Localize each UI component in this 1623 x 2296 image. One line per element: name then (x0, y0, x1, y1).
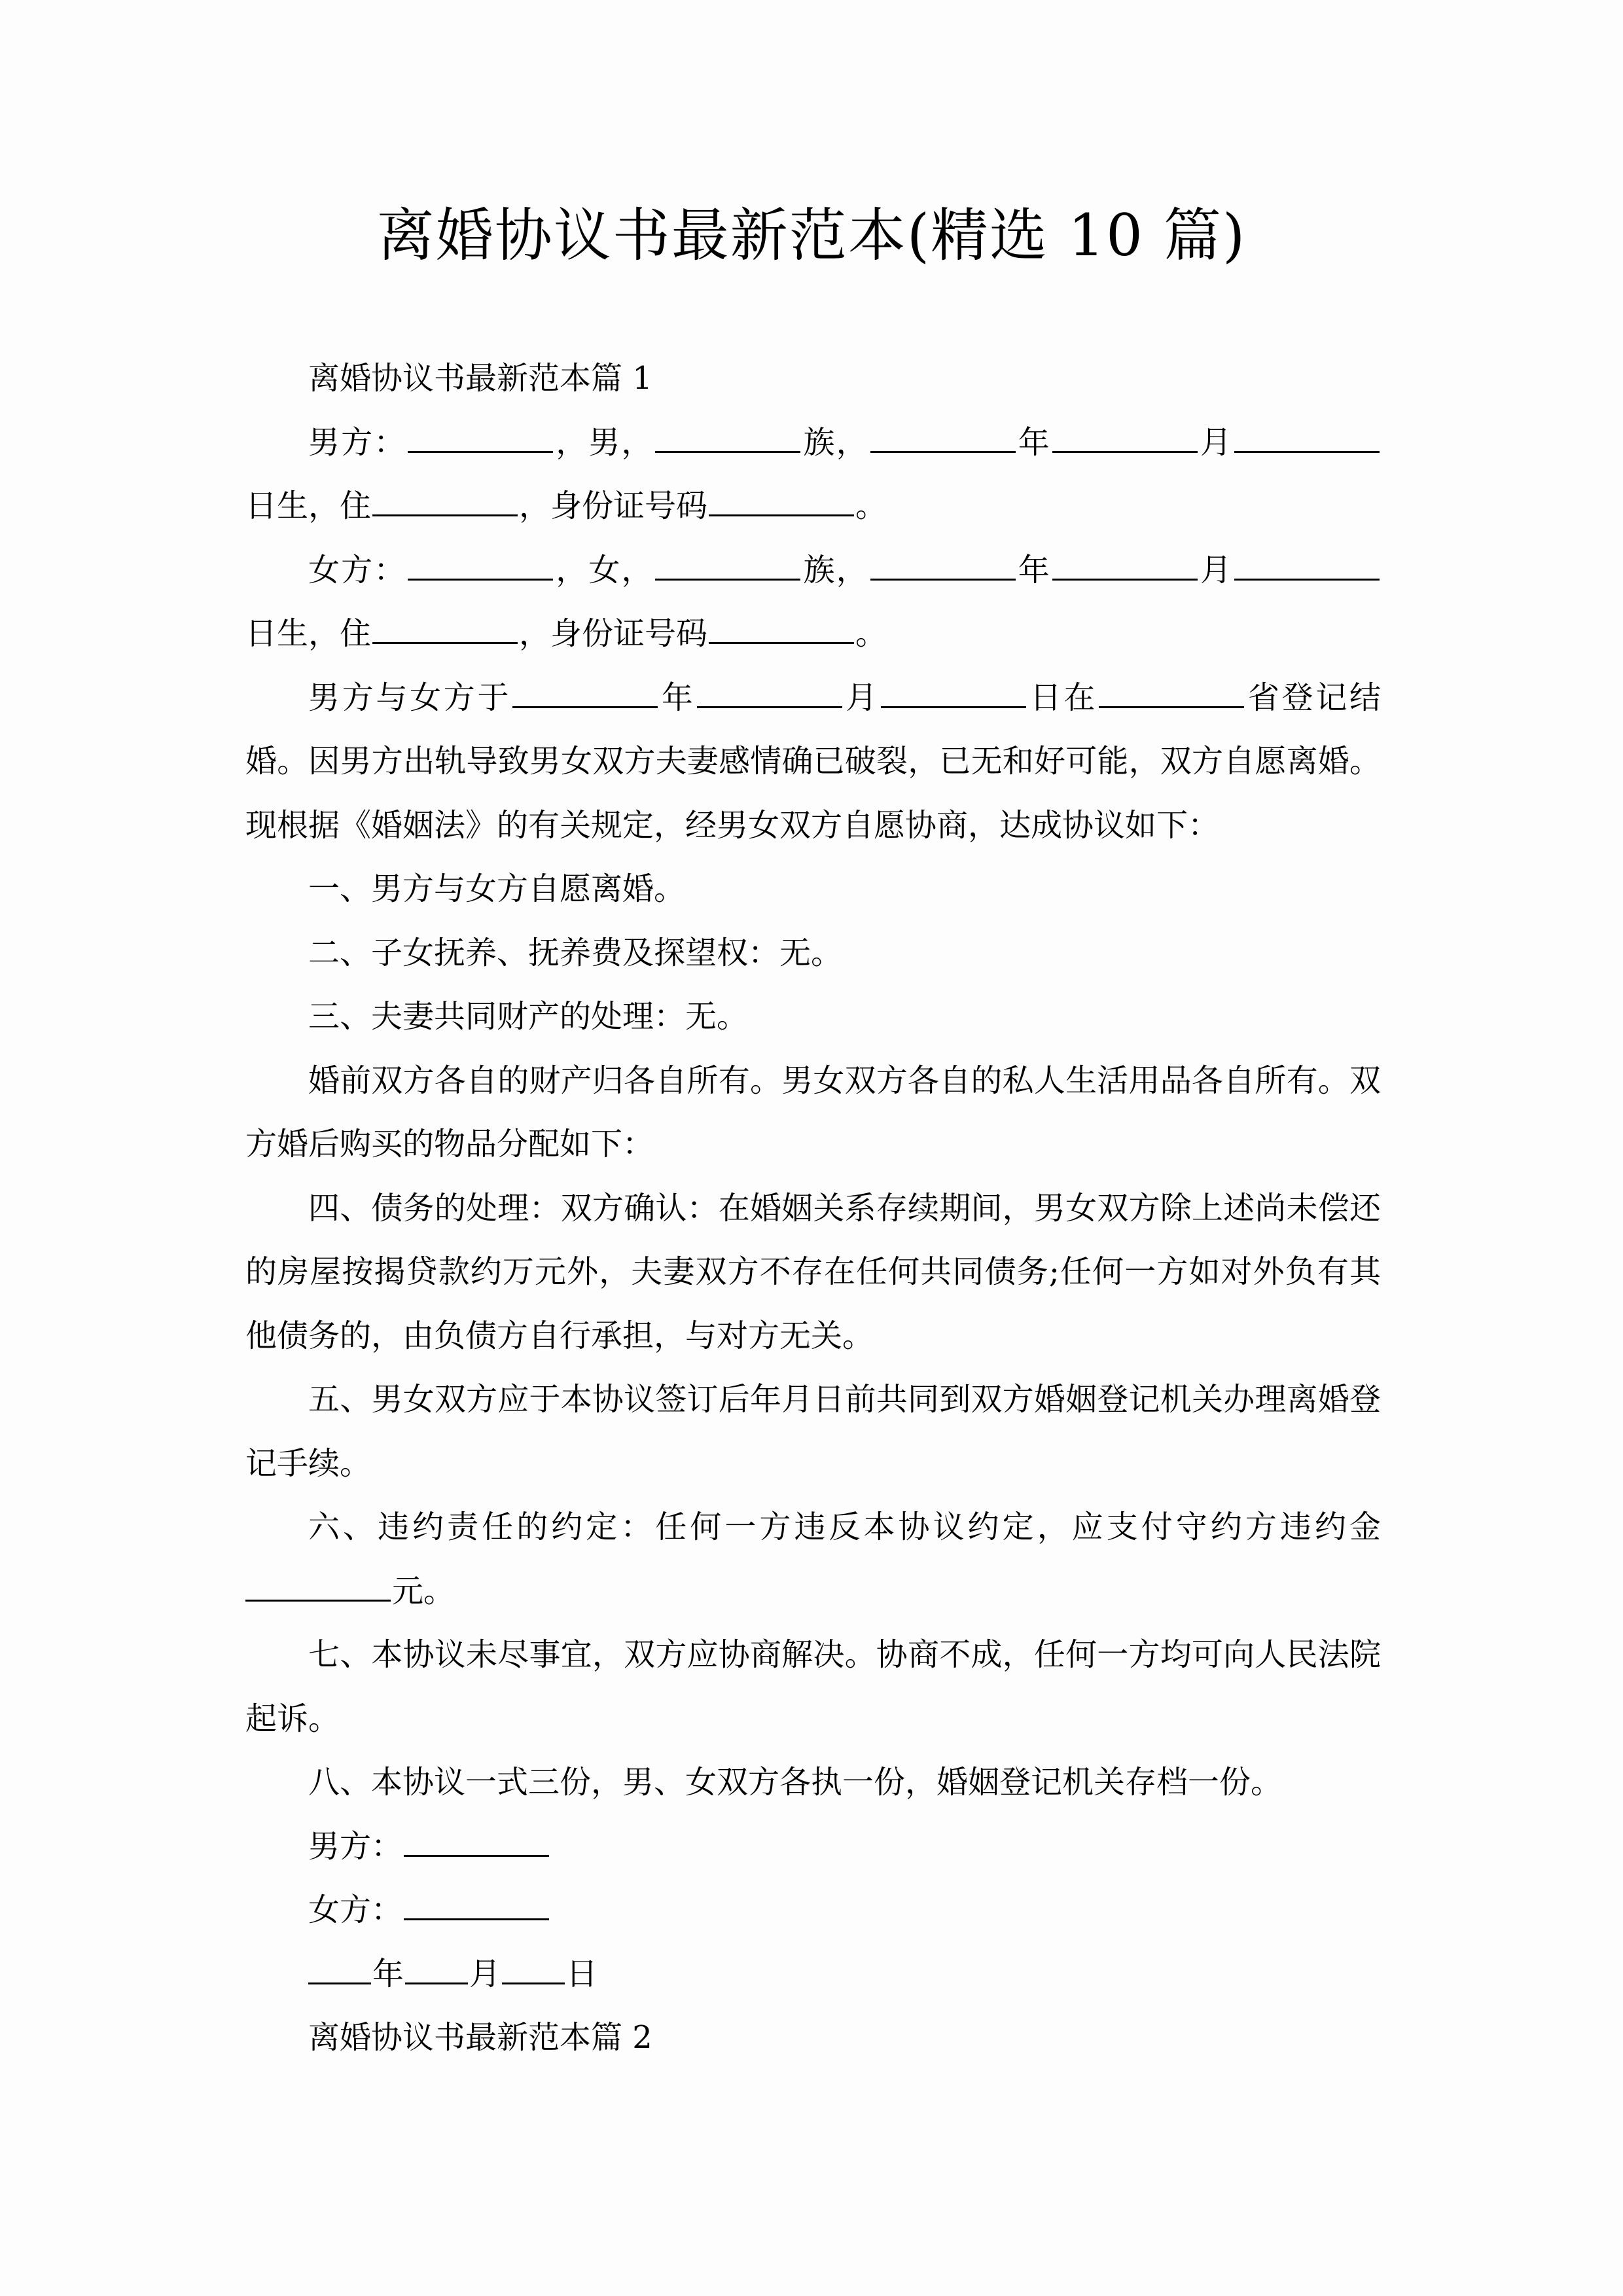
male-birth-suffix: 日生，住 (245, 488, 371, 524)
clause-2: 二、子女抚养、抚养费及探望权：无。 (245, 922, 1381, 986)
penalty-amount-blank[interactable] (245, 1573, 391, 1602)
female-id-blank[interactable] (709, 616, 854, 644)
marriage-year-label: 年 (659, 679, 695, 716)
section-heading-1: 离婚协议书最新范本篇 1 (245, 347, 1381, 411)
female-birth-suffix: 日生，住 (245, 615, 371, 652)
marriage-prefix: 男方与女方于 (308, 679, 511, 716)
female-ethnicity-suffix: 族， (802, 552, 868, 588)
male-ethnicity-blank[interactable] (655, 425, 800, 453)
sign-month-blank[interactable] (405, 1956, 468, 1984)
signature-date-line: 年月日 (245, 1943, 1381, 2007)
male-signature-label: 男方： (308, 1828, 402, 1865)
clause-6: 六、违约责任的约定：任何一方违反本协议约定，应支付守约方违约金元。 (245, 1496, 1381, 1623)
clause-8: 八、本协议一式三份，男、女双方各执一份，婚姻登记机关存档一份。 (245, 1751, 1381, 1815)
document-title: 离婚协议书最新范本(精选 10 篇) (0, 196, 1623, 275)
male-line-end: 。 (855, 488, 887, 524)
female-month-label: 月 (1199, 552, 1233, 588)
female-birth-day-blank[interactable] (1234, 552, 1380, 581)
female-birth-month-blank[interactable] (1052, 552, 1198, 581)
marriage-province-blank[interactable] (1099, 680, 1244, 708)
sign-month-label: 月 (469, 1956, 501, 1992)
female-party-line: 女方：，女，族，年月日生，住，身份证号码。 (245, 539, 1381, 666)
female-label: 女方： (308, 552, 406, 588)
female-year-label: 年 (1017, 552, 1051, 588)
marriage-paragraph: 男方与女方于年月日在省登记结婚。因男方出轨导致男女双方夫妻感情确已破裂，已无和好… (245, 666, 1381, 858)
document-page: 离婚协议书最新范本(精选 10 篇) 离婚协议书最新范本篇 1 男方：，男，族，… (0, 0, 1623, 2296)
marriage-day-blank[interactable] (881, 680, 1026, 708)
female-signature-blank[interactable] (404, 1892, 549, 1920)
clause-4: 四、债务的处理：双方确认：在婚姻关系存续期间，男女双方除上述尚未偿还的房屋按揭贷… (245, 1177, 1381, 1369)
female-ethnicity-blank[interactable] (655, 552, 800, 581)
male-month-label: 月 (1199, 424, 1233, 461)
male-label: 男方： (308, 424, 406, 461)
section-heading-2: 离婚协议书最新范本篇 2 (245, 2006, 1381, 2070)
sign-day-blank[interactable] (502, 1956, 565, 1984)
clause-5: 五、男女双方应于本协议签订后年月日前共同到双方婚姻登记机关办理离婚登记手续。 (245, 1368, 1381, 1496)
marriage-month-label: 月 (844, 679, 880, 716)
female-name-blank[interactable] (408, 552, 553, 581)
sign-year-label: 年 (372, 1956, 404, 1992)
sign-year-blank[interactable] (308, 1956, 371, 1984)
clause-3: 三、夫妻共同财产的处理：无。 (245, 985, 1381, 1049)
clause-1: 一、男方与女方自愿离婚。 (245, 857, 1381, 922)
document-body: 离婚协议书最新范本篇 1 男方：，男，族，年月日生，住，身份证号码。 女方：，女… (245, 347, 1381, 2070)
female-signature-label: 女方： (308, 1892, 402, 1928)
marriage-day-label: 日在 (1027, 679, 1097, 716)
clause-3-detail: 婚前双方各自的财产归各自所有。男女双方各自的私人生活用品各自所有。双方婚后购买的… (245, 1049, 1381, 1177)
male-id-blank[interactable] (709, 488, 854, 516)
male-birth-month-blank[interactable] (1052, 425, 1198, 453)
male-birth-day-blank[interactable] (1234, 425, 1380, 453)
male-address-blank[interactable] (372, 488, 518, 516)
male-signature-line: 男方： (245, 1815, 1381, 1879)
female-birth-year-blank[interactable] (870, 552, 1016, 581)
female-gender-text: ，女， (554, 552, 654, 588)
female-address-blank[interactable] (372, 616, 518, 644)
clause-6-suffix: 元。 (392, 1573, 455, 1609)
male-name-blank[interactable] (408, 425, 553, 453)
male-id-label: ，身份证号码 (519, 488, 707, 524)
female-signature-line: 女方： (245, 1878, 1381, 1943)
female-line-end: 。 (855, 615, 887, 652)
sign-day-label: 日 (566, 1956, 597, 1992)
male-year-label: 年 (1017, 424, 1051, 461)
female-id-label: ，身份证号码 (519, 615, 707, 652)
marriage-month-blank[interactable] (697, 680, 842, 708)
male-gender-text: ，男， (554, 424, 654, 461)
male-ethnicity-suffix: 族， (802, 424, 868, 461)
clause-6-text: 六、违约责任的约定：任何一方违反本协议约定，应支付守约方违约金 (308, 1509, 1381, 1545)
male-party-line: 男方：，男，族，年月日生，住，身份证号码。 (245, 411, 1381, 539)
male-birth-year-blank[interactable] (870, 425, 1016, 453)
marriage-year-blank[interactable] (512, 680, 658, 708)
male-signature-blank[interactable] (404, 1829, 549, 1857)
clause-7: 七、本协议未尽事宜，双方应协商解决。协商不成，任何一方均可向人民法院起诉。 (245, 1623, 1381, 1751)
